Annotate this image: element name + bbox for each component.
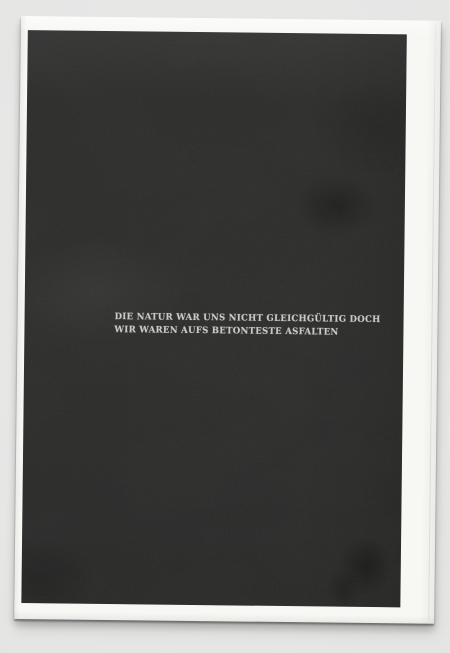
scanner-background: DIE NATUR WAR UNS NICHT GLEICHGÜLTIG DOC… bbox=[0, 0, 450, 653]
cover-title: DIE NATUR WAR UNS NICHT GLEICHGÜLTIG DOC… bbox=[114, 311, 380, 339]
booklet-paper: DIE NATUR WAR UNS NICHT GLEICHGÜLTIG DOC… bbox=[14, 16, 441, 624]
booklet-cover: DIE NATUR WAR UNS NICHT GLEICHGÜLTIG DOC… bbox=[21, 30, 406, 607]
